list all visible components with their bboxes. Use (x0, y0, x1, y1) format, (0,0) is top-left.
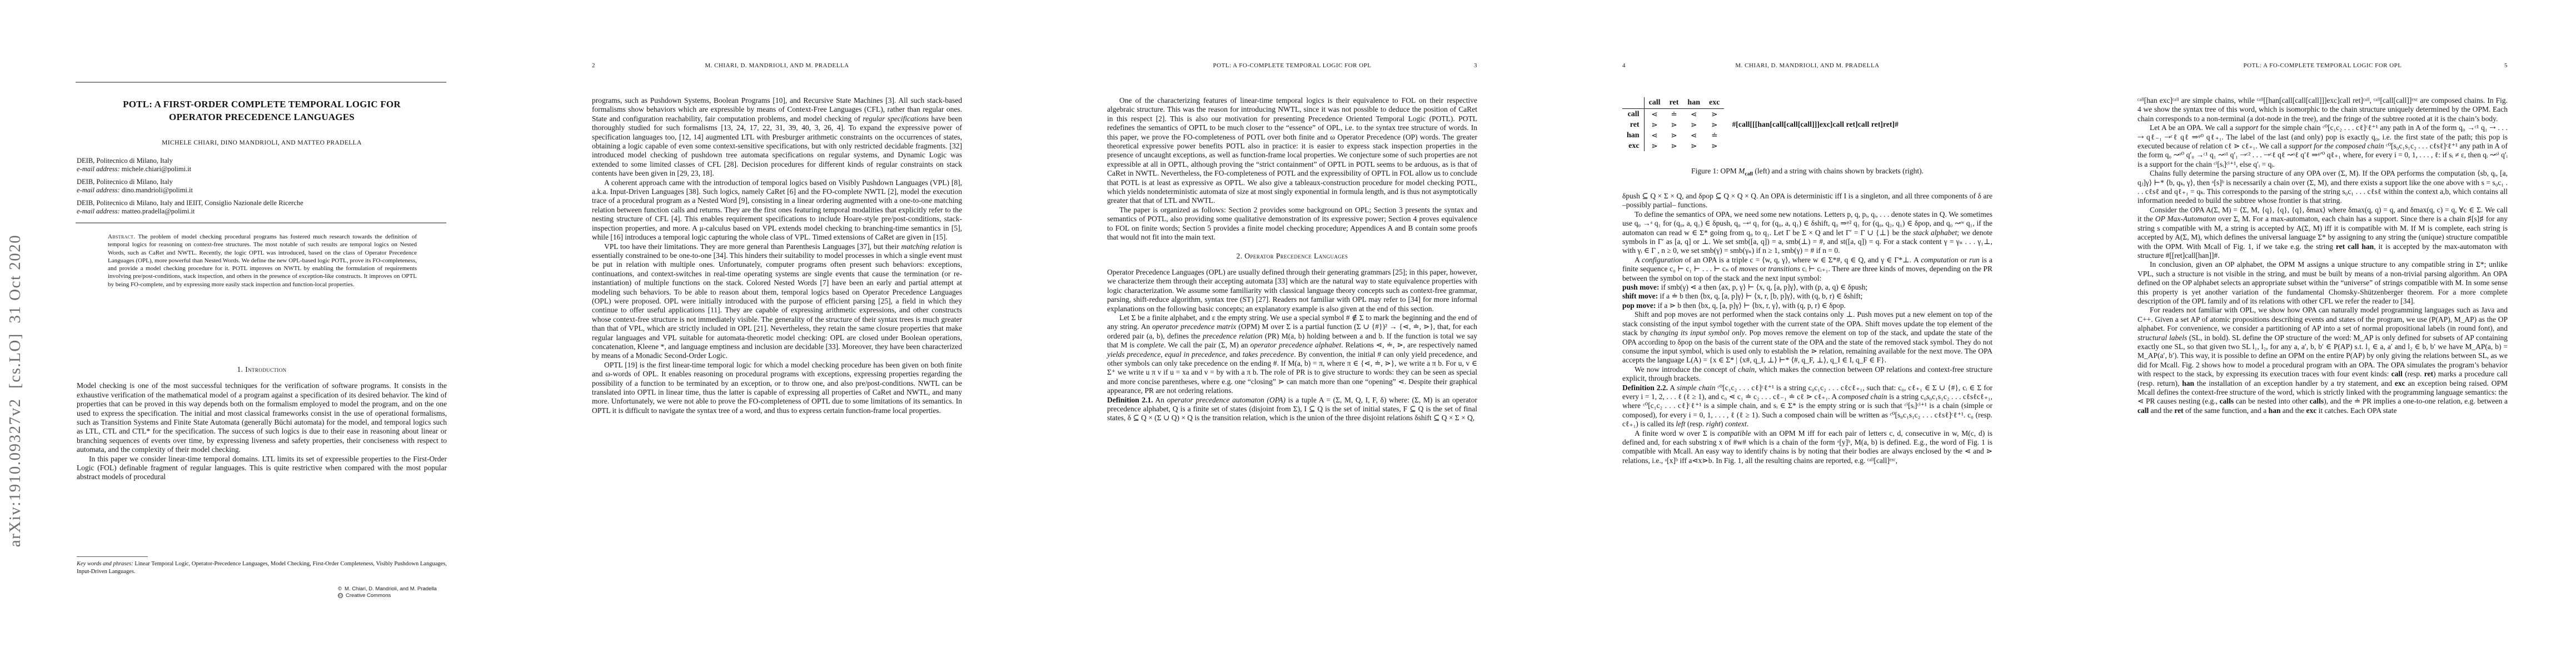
text-segment: support (2235, 123, 2258, 132)
paragraph: A configuration of an OPA is a triple c … (1622, 256, 1992, 283)
text-segment: support for the composed chain (2289, 142, 2384, 150)
page-5: POTL: A FO-COMPLETE TEMPORAL LOGIC FOR O… (2061, 0, 2576, 667)
creative-commons-line: cc Creative Commons (338, 593, 449, 599)
keywords-label: Key words and phrases: (77, 561, 133, 567)
paragraph: Shift and pop moves are not performed wh… (1622, 310, 1992, 365)
running-head-5: POTL: A FO-COMPLETE TEMPORAL LOGIC FOR O… (2137, 62, 2508, 69)
arxiv-watermark: arXiv:1910.09327v2 [cs.LO] 31 Oct 2020 (6, 168, 25, 613)
affiliations: DEIB, Politecnico di Milano, Italy e-mai… (77, 157, 447, 220)
text-segment: ret (2424, 370, 2433, 378)
paragraph: Model checking is one of the most succes… (77, 381, 447, 454)
document-canvas: { "arxiv_watermark": "arXiv:1910.09327v2… (0, 0, 2576, 667)
page-number-5: 5 (2504, 62, 2508, 69)
page-2: 2 M. CHIARI, D. MANDRIOLI, AND M. PRADEL… (515, 0, 1030, 667)
page-number-4: 4 (1622, 62, 1626, 69)
affiliation-3: DEIB, Politecnico di Milano, Italy and I… (77, 199, 447, 216)
text-segment: structural labels (2137, 333, 2187, 342)
copyright-icon: © (338, 586, 342, 593)
affiliation-3-inst: DEIB, Politecnico di Milano, Italy and I… (77, 199, 447, 207)
text-segment: exc (2306, 406, 2316, 415)
opm-cell: ⋗ (1683, 120, 1705, 130)
paragraph: shift move: if a ≐ b then ⟨bx, q, [a, p]… (1622, 292, 1992, 301)
paragraph: One of the characterizing features of li… (1107, 96, 1477, 206)
opm-cell: ⋗ (1705, 109, 1724, 120)
opm-cell: ≐ (1705, 130, 1724, 141)
running-head-text: POTL: A FO-COMPLETE TEMPORAL LOGIC FOR O… (1213, 62, 1371, 69)
paragraph: In this paper we consider linear-time te… (77, 455, 447, 482)
page-4-body: δpush ⊆ Q × Σ × Q, and δpop ⊆ Q × Q × Q.… (1622, 192, 1992, 465)
text-segment: han (2182, 379, 2194, 387)
text-segment: matching relation (901, 242, 955, 251)
text-segment: Definition 2.2. (1622, 384, 1668, 392)
chain-string: #[call[[[han[call[call[call]]]exc]call r… (1732, 120, 1899, 129)
opm-col-header: han (1683, 97, 1705, 109)
text-segment: composed chain (1838, 392, 1887, 401)
figure-1: callrethanexccall⋖≐⋖⋗ret⋗⋗⋗⋗han⋖⋗⋖≐exc⋗⋗… (1622, 97, 1992, 151)
opm-cell: ⋗ (1644, 141, 1665, 151)
opm-col-header: call (1644, 97, 1665, 109)
paragraph: Let Σ be a finite alphabet, and ε the em… (1107, 313, 1477, 396)
paragraph: We now introduce the concept of chain, w… (1622, 365, 1992, 384)
affiliation-1-email: e-mail address: michele.chiari@polimi.it (77, 165, 447, 173)
text-segment: call (2137, 406, 2149, 415)
running-head-4: 4 M. CHIARI, D. MANDRIOLI, AND M. PRADEL… (1622, 62, 1992, 69)
text-segment: takes precedence (1243, 350, 1294, 359)
text-segment: OP Max-Automaton (2155, 215, 2216, 223)
affiliation-1: DEIB, Politecnico di Milano, Italy e-mai… (77, 157, 447, 173)
text-segment: calls (2220, 397, 2234, 405)
title-line-1: POTL: A FIRST-ORDER COMPLETE TEMPORAL LO… (77, 98, 447, 111)
paragraph: VPL too have their limitations. They are… (592, 242, 962, 361)
paper-title: POTL: A FIRST-ORDER COMPLETE TEMPORAL LO… (77, 98, 447, 123)
paragraph: For readers not familiar with OPL, we sh… (2137, 306, 2508, 415)
text-segment: right (1706, 420, 1721, 428)
abstract-label: Abstract. (108, 233, 135, 240)
text-segment: context (1725, 420, 1747, 428)
text-segment: yields precedence (1107, 350, 1160, 359)
running-head-text: POTL: A FO-COMPLETE TEMPORAL LOGIC FOR O… (2243, 62, 2401, 69)
page-1-body: 1. IntroductionModel checking is one of … (77, 356, 447, 482)
running-head-text: M. CHIARI, D. MANDRIOLI, AND M. PRADELLA (705, 62, 849, 69)
page-3: POTL: A FO-COMPLETE TEMPORAL LOGIC FOR O… (1030, 0, 1546, 667)
title-rule-bottom (76, 222, 446, 223)
title-rule-top (76, 82, 446, 83)
running-head-3: POTL: A FO-COMPLETE TEMPORAL LOGIC FOR O… (1107, 62, 1477, 69)
running-head-2: 2 M. CHIARI, D. MANDRIOLI, AND M. PRADEL… (592, 62, 962, 69)
paragraph: push move: if smb(γ) ⋖ a then ⟨ax, p, γ⟩… (1622, 283, 1992, 292)
opm-cell: ⋖ (1683, 109, 1705, 120)
text-segment: precedence relation (1203, 332, 1263, 340)
abstract-text: The problem of model checking procedural… (108, 233, 417, 288)
opm-col-header: ret (1665, 97, 1683, 109)
text-segment: operator precedence alphabet (1250, 341, 1342, 349)
opm-row-label: ret (1622, 120, 1644, 130)
text-segment: operator precedence matrix (1152, 322, 1236, 331)
page-3-body: One of the characterizing features of li… (1107, 96, 1477, 423)
paragraph: Definition 2.2. A simple chain ᶜ⁰[c₁c₂ .… (1622, 384, 1992, 429)
text-segment: simple chain (1677, 384, 1715, 392)
text-segment: push move: (1622, 283, 1659, 291)
opm-cell: ⋗ (1665, 130, 1683, 141)
copyright-block: © M. Chiari, D. Mandrioli, and M. Pradel… (338, 586, 449, 599)
paragraph: OPTL [19] is the first linear-time tempo… (592, 361, 962, 415)
text-segment: operator precedence automaton (OPA) (1167, 396, 1285, 404)
paragraph: Definition 2.1. An operator precedence a… (1107, 396, 1477, 423)
paragraph: The paper is organized as follows: Secti… (1107, 206, 1477, 242)
paragraph: To define the semantics of OPA, we need … (1622, 210, 1992, 256)
text-segment: stack alphabet (1913, 228, 1957, 237)
opm-row-label: call (1622, 109, 1644, 120)
text-segment: moves (1739, 265, 1758, 273)
text-segment: chain (1738, 365, 1755, 374)
paragraph: programs, such as Pushdown Systems, Bool… (592, 96, 962, 178)
opm-cell: ≐ (1665, 109, 1683, 120)
opm-cell: ⋖ (1644, 109, 1665, 120)
opm-cell: ⋖ (1644, 130, 1665, 141)
text-segment: shift move: (1622, 292, 1658, 300)
paragraph: Chains fully determine the parsing struc… (2137, 169, 2508, 206)
paragraph: Consider the OPA A(Σ, M) = ⟨Σ, M, {q}, {… (2137, 206, 2508, 260)
text-segment: ret (2174, 406, 2183, 415)
text-segment: call (2391, 370, 2403, 378)
page-number-2: 2 (592, 62, 595, 69)
text-segment: Definition 2.1. (1107, 396, 1153, 404)
opm-corner-cell (1622, 97, 1644, 109)
running-head-text: M. CHIARI, D. MANDRIOLI, AND M. PRADELLA (1735, 62, 1879, 69)
affiliation-2-inst: DEIB, Politecnico di Milano, Italy (77, 178, 447, 186)
opm-row-label: han (1622, 130, 1644, 141)
paragraph: Operator Precedence Languages (OPL) are … (1107, 268, 1477, 313)
text-segment: computation (1921, 256, 1959, 264)
opm-col-header: exc (1705, 97, 1724, 109)
paragraph: A finite word w over Σ is compatible wit… (1622, 429, 1992, 466)
section-heading: 1. Introduction (77, 365, 447, 374)
opm-cell: ⋖ (1683, 130, 1705, 141)
abstract: Abstract. The problem of model checking … (108, 233, 417, 288)
affiliation-3-email: e-mail address: matteo.pradella@polimi.i… (77, 207, 447, 216)
page-number-3: 3 (1474, 62, 1477, 69)
opm-cell: ⋗ (1705, 120, 1724, 130)
paragraph: δpush ⊆ Q × Σ × Q, and δpop ⊆ Q × Q × Q.… (1622, 192, 1992, 210)
affiliation-1-inst: DEIB, Politecnico di Milano, Italy (77, 157, 447, 165)
title-line-2: OPERATOR PRECEDENCE LANGUAGES (77, 111, 447, 123)
text-segment: equal in precedence (1165, 350, 1225, 359)
text-segment: changing its input symbol only (1650, 328, 1745, 337)
authors-line: MICHELE CHIARI, DINO MANDRIOLI, AND MATT… (77, 140, 447, 146)
text-segment: ret call han (2336, 242, 2374, 251)
paragraph: In conclusion, given an OP alphabet, the… (2137, 260, 2508, 306)
page-1: arXiv:1910.09327v2 [cs.LO] 31 Oct 2020 P… (0, 0, 515, 667)
creative-commons-icon: cc (338, 593, 343, 598)
paragraph: Let A be an OPA. We call a support for t… (2137, 123, 2508, 169)
text-segment: configuration (1642, 256, 1683, 264)
opm-cell: ⋗ (1665, 120, 1683, 130)
text-segment: transitions (1768, 265, 1800, 273)
paragraph: ᶜᵃˡˡ[han exc]ᶜᵃˡˡ are simple chains, whi… (2137, 96, 2508, 123)
figure-1-caption: Figure 1: OPM Mcall (left) and a string … (1622, 167, 1992, 177)
text-segment: complete (1137, 341, 1164, 349)
text-segment: compatible (1717, 429, 1751, 437)
opm-table: callrethanexccall⋖≐⋖⋗ret⋗⋗⋗⋗han⋖⋗⋖≐exc⋗⋗… (1622, 97, 1724, 151)
affiliation-2-email: e-mail address: dino.mandrioli@polimi.it (77, 186, 447, 195)
paragraph: pop move: if a ⋗ b then ⟨bx, q, [a, p]γ⟩… (1622, 301, 1992, 310)
text-segment: han (2269, 406, 2281, 415)
text-segment: calls (2310, 397, 2324, 405)
text-segment: run (1969, 256, 1980, 264)
text-segment: regular specifications (863, 115, 929, 123)
keywords-block: Key words and phrases: Linear Temporal L… (77, 556, 447, 575)
text-segment: pop move: (1622, 301, 1656, 310)
footnote-rule (77, 556, 148, 557)
affiliation-2: DEIB, Politecnico di Milano, Italy e-mai… (77, 178, 447, 195)
page-5-body: ᶜᵃˡˡ[han exc]ᶜᵃˡˡ are simple chains, whi… (2137, 96, 2508, 415)
text-segment: left (1676, 420, 1685, 428)
opm-row-label: exc (1622, 141, 1644, 151)
opm-cell: ⋗ (1644, 120, 1665, 130)
page-2-body: programs, such as Pushdown Systems, Bool… (592, 96, 962, 415)
paragraph: A coherent approach came with the introd… (592, 178, 962, 242)
opm-cell: ⋗ (1665, 141, 1683, 151)
opm-cell: ⋗ (1705, 141, 1724, 151)
text-segment: exc (2395, 379, 2405, 387)
page-4: 4 M. CHIARI, D. MANDRIOLI, AND M. PRADEL… (1546, 0, 2061, 667)
section-heading: 2. Operator Precedence Languages (1107, 252, 1477, 261)
copyright-line: © M. Chiari, D. Mandrioli, and M. Pradel… (338, 586, 449, 593)
keywords-text: Key words and phrases: Linear Temporal L… (77, 560, 447, 575)
opm-cell: ⋗ (1683, 141, 1705, 151)
